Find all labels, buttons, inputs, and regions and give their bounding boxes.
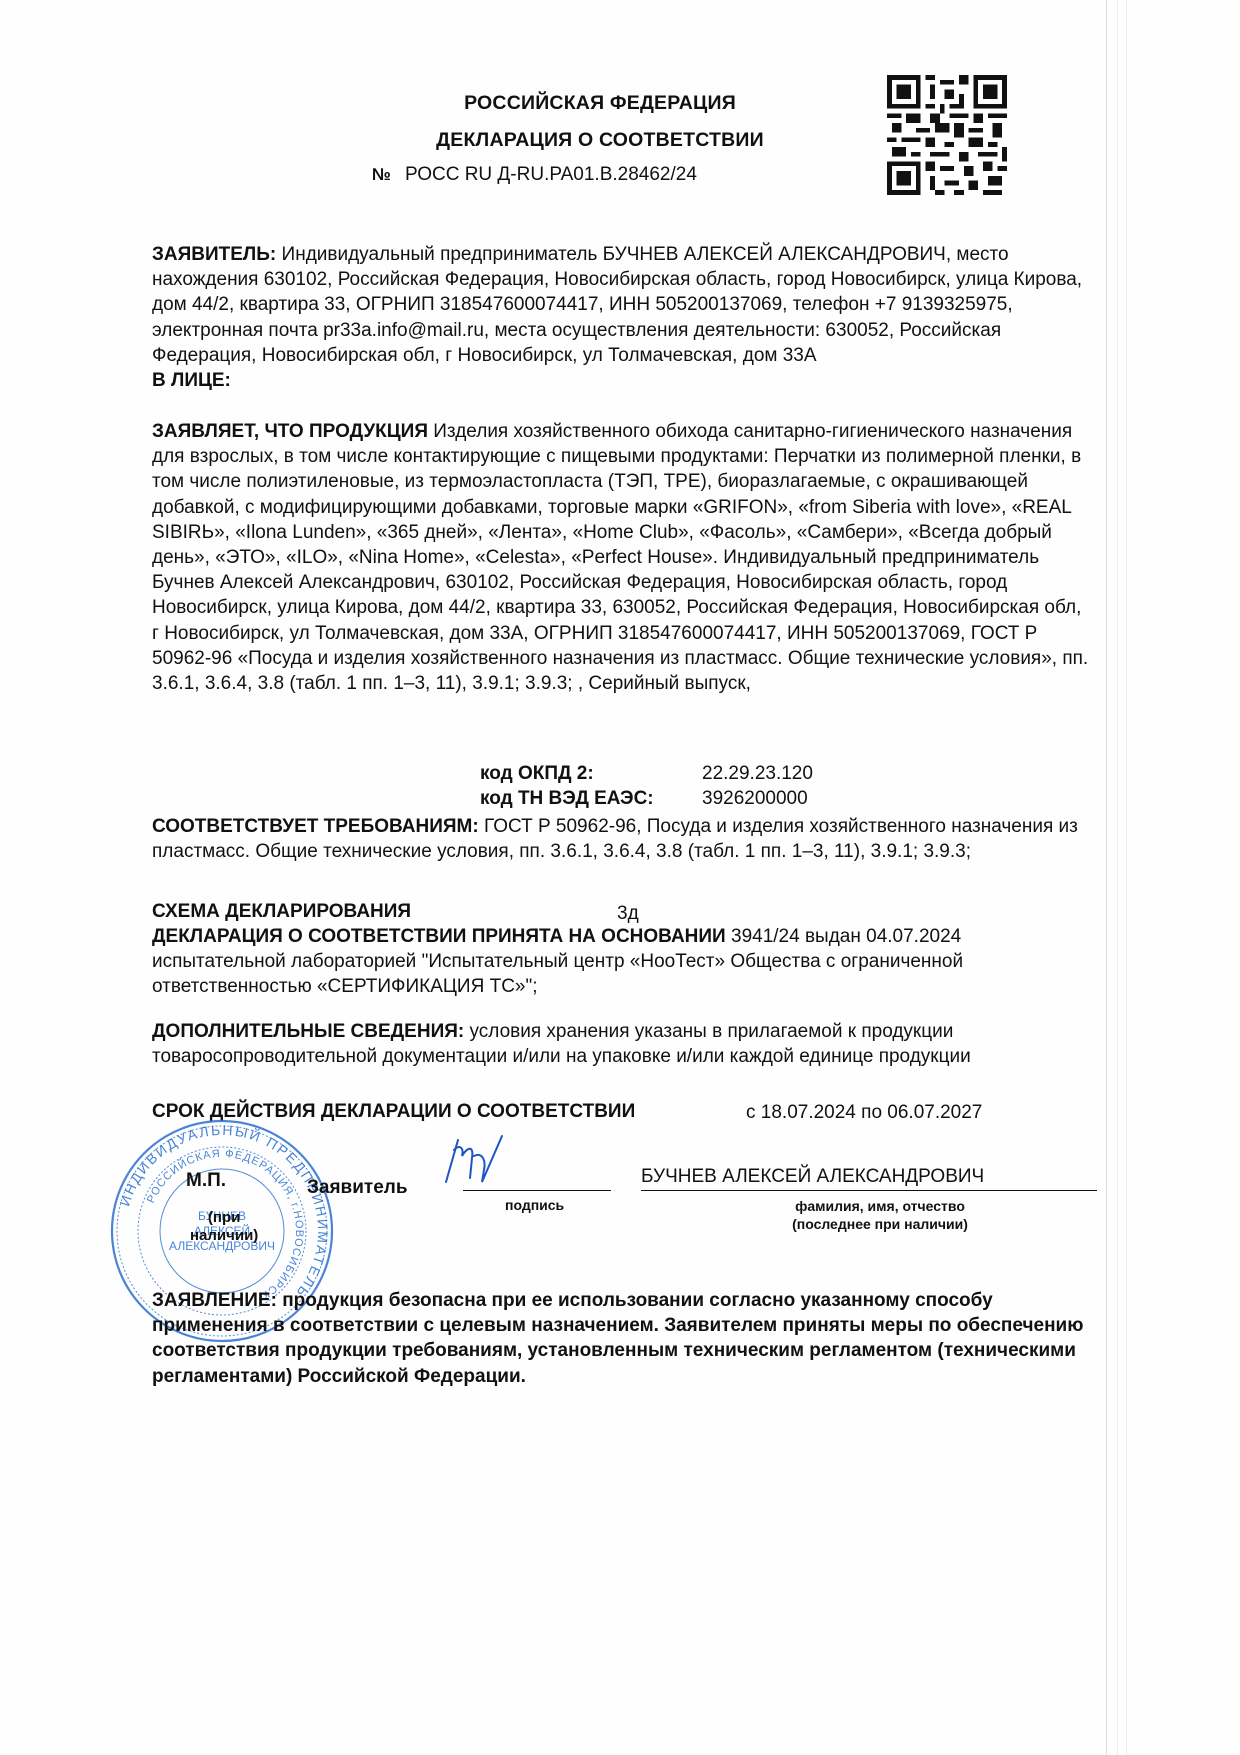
name-caption: фамилия, имя, отчество (последнее при на… (700, 1197, 1060, 1233)
scan-edge-line (1106, 0, 1107, 1755)
handwritten-signature-icon (440, 1130, 520, 1190)
seal-place-note: (при наличии) (190, 1209, 258, 1245)
product-label: ЗАЯВЛЯЕТ, ЧТО ПРОДУКЦИЯ (152, 421, 428, 442)
basis-label: ДЕКЛАРАЦИЯ О СООТВЕТСТВИИ ПРИНЯТА НА ОСН… (152, 926, 726, 947)
seal-note-line-1: (при (208, 1209, 240, 1226)
registration-number: №РОСС RU Д-RU.PA01.B.28462/24 (372, 164, 697, 186)
signer-name: БУЧНЕВ АЛЕКСЕЙ АЛЕКСАНДРОВИЧ (641, 1166, 984, 1188)
basis-section: ДЕКЛАРАЦИЯ О СООТВЕТСТВИИ ПРИНЯТА НА ОСН… (152, 924, 1092, 1000)
additional-label: ДОПОЛНИТЕЛЬНЫЕ СВЕДЕНИЯ: (152, 1021, 464, 1042)
statement-label: ЗАЯВЛЕНИЕ: (152, 1290, 277, 1311)
conforms-label: СООТВЕТСТВУЕТ ТРЕБОВАНИЯМ: (152, 816, 479, 837)
name-line (641, 1190, 1097, 1191)
applicant-sign-label: Заявитель (307, 1177, 408, 1199)
scheme-section: СХЕМА ДЕКЛАРИРОВАНИЯ 3д (152, 899, 1092, 924)
validity-value: с 18.07.2024 по 06.07.2027 (746, 1100, 982, 1125)
name-caption-line-2: (последнее при наличии) (792, 1216, 968, 1232)
document-title: ДЕКЛАРАЦИЯ О СООТВЕТСТВИИ (350, 129, 850, 152)
okpd-value: 22.29.23.120 (702, 763, 813, 785)
okpd-label: код ОКПД 2: (480, 763, 594, 785)
additional-section: ДОПОЛНИТЕЛЬНЫЕ СВЕДЕНИЯ: условия хранени… (152, 1019, 1092, 1069)
statement-section: ЗАЯВЛЕНИЕ: продукция безопасна при ее ис… (152, 1288, 1092, 1389)
scan-edge-line (1117, 0, 1118, 1755)
number-sign: № (372, 165, 391, 184)
declaration-page: РОССИЙСКАЯ ФЕДЕРАЦИЯ ДЕКЛАРАЦИЯ О СООТВЕ… (0, 0, 1240, 1755)
in-person-label: В ЛИЦЕ: (152, 370, 231, 391)
tnved-value: 3926200000 (702, 788, 808, 810)
scheme-value: 3д (617, 901, 639, 926)
name-caption-line-1: фамилия, имя, отчество (795, 1198, 965, 1214)
signature-line (463, 1190, 611, 1191)
conforms-section: СООТВЕТСТВУЕТ ТРЕБОВАНИЯМ: ГОСТ Р 50962-… (152, 814, 1092, 864)
qr-code-icon (887, 75, 1007, 195)
scheme-label: СХЕМА ДЕКЛАРИРОВАНИЯ (152, 901, 411, 922)
registration-number-value: РОСС RU Д-RU.PA01.B.28462/24 (405, 164, 697, 185)
seal-place-label: М.П. (186, 1170, 226, 1192)
tnved-label: код ТН ВЭД ЕАЭС: (480, 788, 654, 810)
applicant-text: Индивидуальный предприниматель БУЧНЕВ АЛ… (152, 244, 1082, 366)
statement-text: продукция безопасна при ее использовании… (152, 1290, 1083, 1387)
scan-edge-line (1126, 0, 1127, 1755)
seal-note-line-2: наличии) (190, 1227, 258, 1244)
applicant-label: ЗАЯВИТЕЛЬ: (152, 244, 276, 265)
signature-label: подпись (505, 1197, 564, 1213)
product-text: Изделия хозяйственного обихода санитарно… (152, 421, 1088, 694)
applicant-section: ЗАЯВИТЕЛЬ: Индивидуальный предпринимател… (152, 242, 1092, 393)
product-section: ЗАЯВЛЯЕТ, ЧТО ПРОДУКЦИЯ Изделия хозяйств… (152, 419, 1092, 696)
country-heading: РОССИЙСКАЯ ФЕДЕРАЦИЯ (350, 92, 850, 115)
okpd-code-row: код ОКПД 2: 22.29.23.120 (480, 763, 594, 785)
tnved-code-row: код ТН ВЭД ЕАЭС: 3926200000 (480, 788, 654, 810)
